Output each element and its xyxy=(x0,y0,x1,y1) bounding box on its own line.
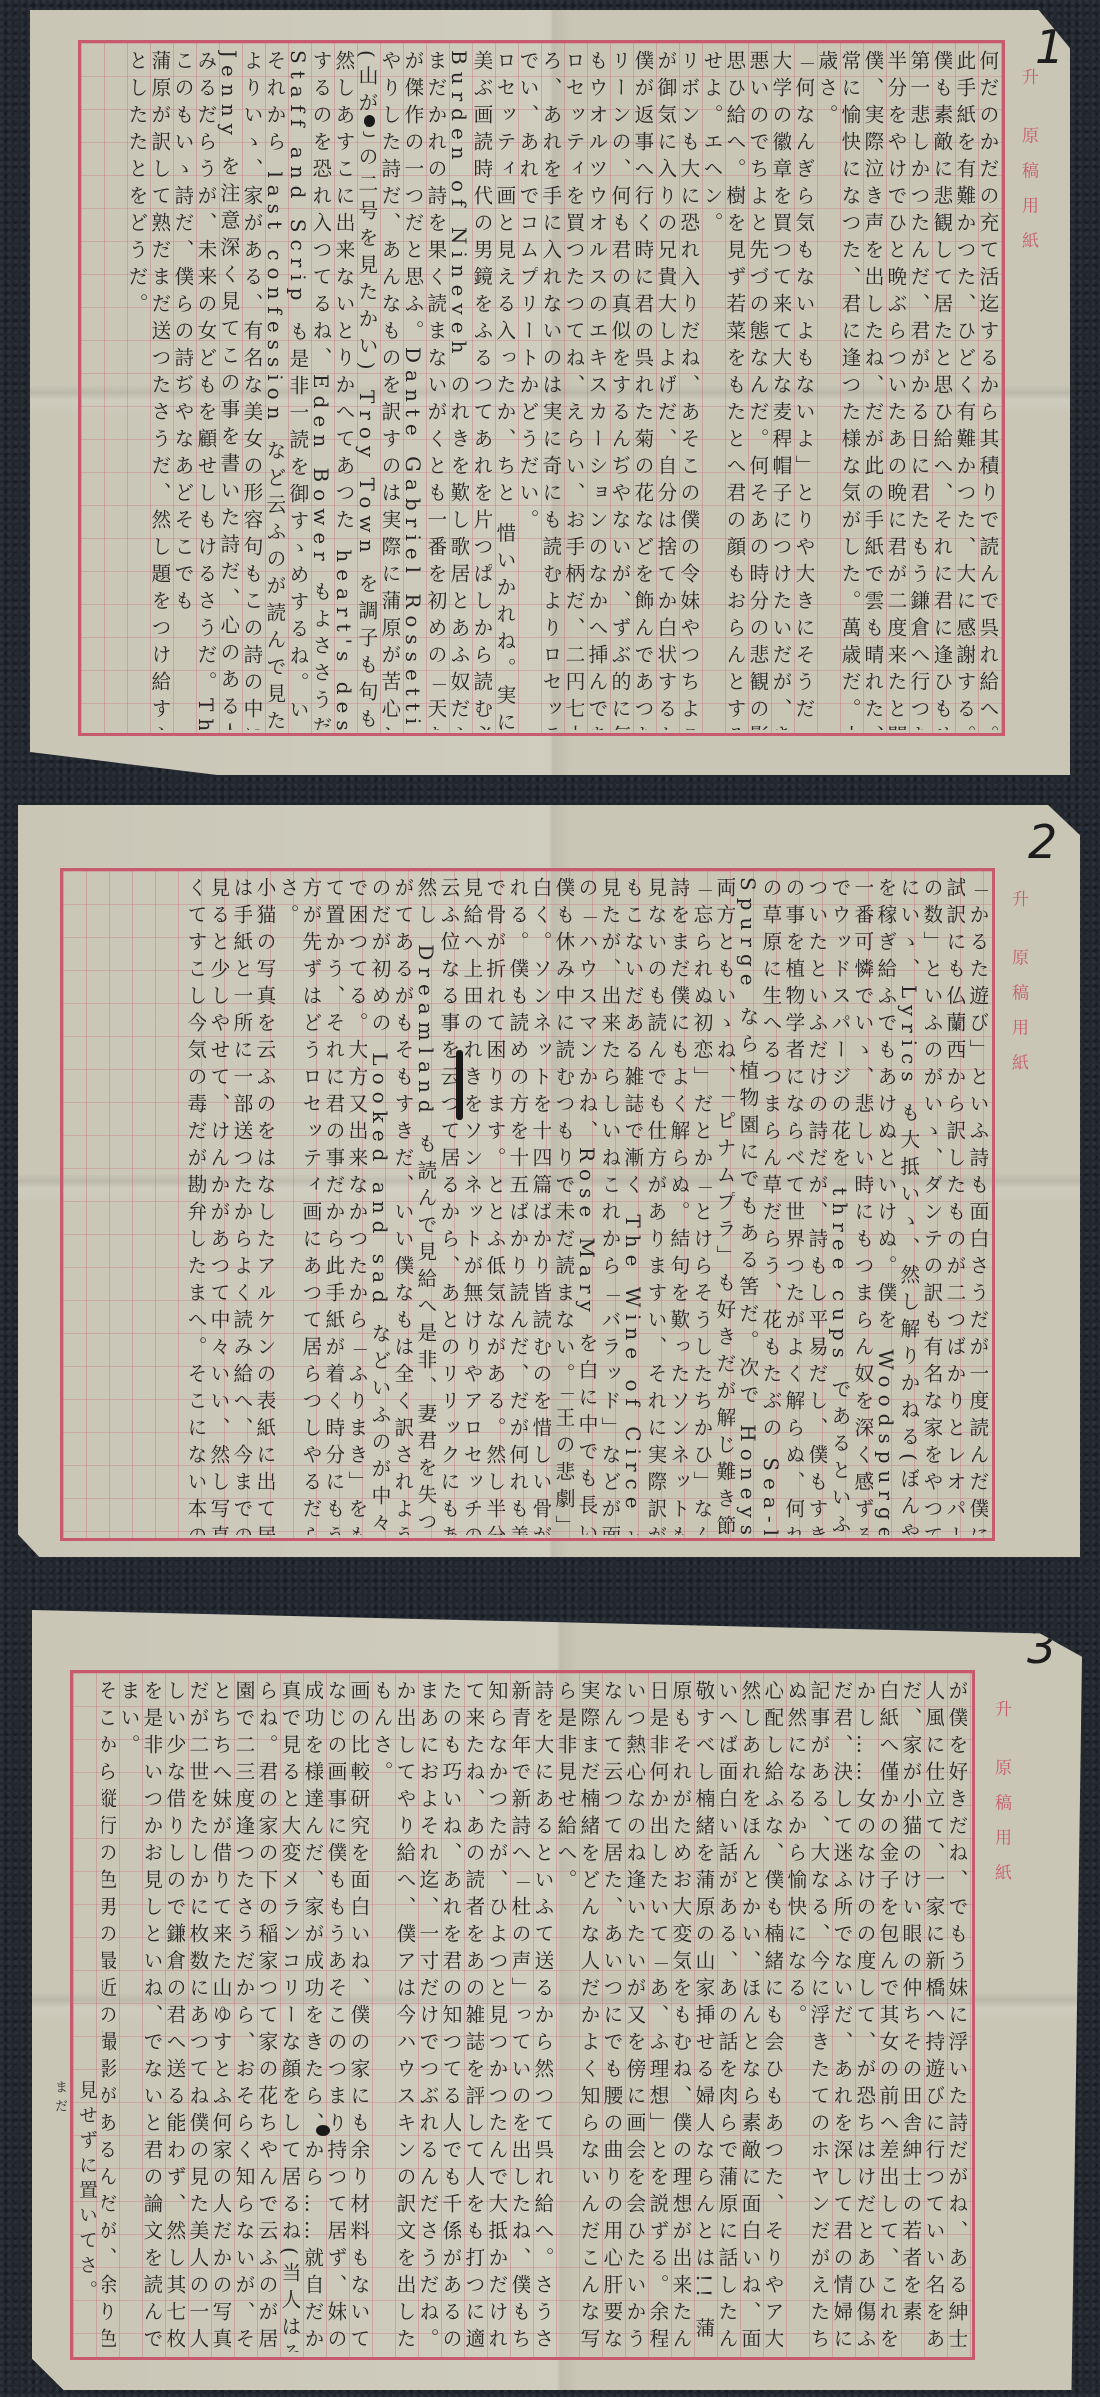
text-column: にいゝ、Lyrics も大抵いゝ、然し解りかねる(ぼんやりしてる事)が xyxy=(896,877,919,1535)
text-column: 半分をやけでひと晩ぶらついたあの晩に君が二度来たと聞いた時には xyxy=(883,50,906,730)
text-column: 僕、実際泣き声を出したね、だが此の手紙で雲も晴れた、非 xyxy=(860,50,883,730)
text-column: 両方ともいゝね、「ピナムプラ」も好きだが解じ難き節が多くて困る xyxy=(712,877,735,1535)
text-column: 真で見ると大変メランコリーな顔をして居るね(当人はそうを消 xyxy=(277,1680,300,2352)
text-column: 然しあれをほんとかい、ほんとなら素敵に面白いね、面白いと xyxy=(737,1680,760,2352)
text-column: か出してやり給へ、僕アは今ハウスキンの訳文を出した、下午な xyxy=(392,1680,415,2352)
text-column: 人風に仕立て、一家に新橋へ持遊びに行つていい名をあげたんだそう xyxy=(921,1680,944,2352)
text-column: 園で二三度逢つたさうだから、おそらく知らないが、それから今僕の xyxy=(231,1680,254,2352)
text-column: ぬ然になるから愉快になる。 xyxy=(783,1680,806,2352)
text-column: で困つてる。大方又出来なかつたから「ふりまき」をもう此位で止め xyxy=(344,877,367,1535)
text-column: リボンも大に恐れ入りだね、あそこの僕の令妹やつちよこの着物、飛んだもの xyxy=(676,50,699,730)
text-column: なじの画事に僕ももうあそこのつまり持つて居ず、妹の奴も大抵 xyxy=(323,1680,346,2352)
letter-body-page-2: 「かるた遊び」といふ詩も面白さうだが一度読んだ僕にもまだ解らぬ。試訳にも仏蘭西か… xyxy=(68,877,988,1535)
text-column: それから last confession など云ふのが読んで見たまへ、イノツクア… xyxy=(262,50,285,730)
text-column: さ。 xyxy=(275,877,298,1535)
text-column: 一番可憐でいゝ、悲しい時にもつまらん奴を深く感ずるもの xyxy=(850,877,873,1535)
text-column: Burden of Nineveh のれきを歎し歌居とあふ奴だらう。そして僕も xyxy=(446,50,469,730)
text-column: 第一悲しかつたんだ、君がかる日に君たもう鎌倉へ行つた事と一図に思つて xyxy=(906,50,929,730)
text-column: としたたとをどうだ。 xyxy=(124,50,147,730)
paper-header-label: 升 原稿用紙 xyxy=(989,1700,1014,1898)
page-number: 1 xyxy=(1035,20,1064,74)
text-column: みるだらうが、未来の女どもを顧せしもけるさうだ。The Portrait xyxy=(193,50,216,730)
text-column: なんて云つて居た、あいつにでも腰の曲りの用心肝要なり。僕たち xyxy=(599,1680,622,2352)
margin-note: 見せずに置いてさ。 xyxy=(74,2080,101,2305)
text-column: ろ、あれを手に入れないのは実に奇にも読むよりロセッティの全集のペン画 xyxy=(538,50,561,730)
text-column: 大学の徽章を買つて来て大な麦稈帽子につけたいだが、きまりが xyxy=(768,50,791,730)
text-column: 思ひ給へ。樹を見ず若菜をもたとへ君の顔もおらんとするもて愛 xyxy=(722,50,745,730)
text-column: 「かるた遊び」といふ詩も面白さうだが一度読んだ僕にもまだ解らぬ。 xyxy=(965,877,988,1535)
letter-body-page-3: が僕を好きだね、でもう妹に浮いた詩だがね、ある紳士が田舎へある人風に仕立て、一家… xyxy=(102,1680,967,2352)
letter-page-1: 升 原稿用紙 1 何だのかだの充て活迄するから其積りで読んで呉れ給へ。此手紙を有… xyxy=(30,10,1070,775)
text-column: 原もそれがためお大変気をもむね、僕の理想が出来たんだ、 xyxy=(668,1680,691,2352)
ink-blot xyxy=(456,1050,463,1120)
text-column: しい少な借りしので鎌倉の君へ送る能わず、然し其七枚あるから xyxy=(162,1680,185,2352)
text-column: 見ないのも読んでも仕方がありますい、それに実際訳が解らぬ、僕 xyxy=(643,877,666,1535)
text-column: 見たが、出来たらしいねこれから「バラッド」などが面白いものを僕作 xyxy=(597,877,620,1535)
text-column: 僕も休み中に読むつもりで未だ読まない。「王の悲劇」も面 xyxy=(551,877,574,1535)
text-column: 方が先ずはどうロセッティ画にあつて居らつしやるだらうと云ふもの xyxy=(298,877,321,1535)
page-number: 2 xyxy=(1028,815,1057,869)
text-column: がてあるがもそもすきだ、いい僕なもは全く訳されようと思つてる xyxy=(390,877,413,1535)
text-column: 「忘られぬ初恋」だとか「とけらそうしたちかひ」なんて皆いゝ詩題だが xyxy=(689,877,712,1535)
text-column: ら是非見せ給へ。 xyxy=(553,1680,576,2352)
text-column: もウオルツウオルスのエキスカーションのなかへ挿んであります。 xyxy=(584,50,607,730)
text-column: 新青年で新詩へ「杜の声」っていのを出したね、僕もちつとも xyxy=(507,1680,530,2352)
text-column: Spurge なら植物園にでもある筈だ。次で Honeysuckle xyxy=(735,877,758,1535)
text-column: の「ハウスマンかね、Rose Mary を白に中でも長い詩だが中々いゝさうだ xyxy=(574,877,597,1535)
text-column: 然しあすこに出来ないとりかへてあつた heart's desire って語を解 xyxy=(331,50,354,730)
text-column: そこから縦行の色男の最近の撮影があるんだが、余り色男に xyxy=(102,1680,116,2352)
text-column: 蒲原が訳して熟だまだ送つたさうだ、然し題をつけ給すらうた xyxy=(147,50,170,730)
text-column: (山がこの二号を見たかい) Troy Town を調子も句も非常にい、と思ふ xyxy=(354,50,377,730)
text-column: 美ぶ画読時代の男鏡をふるつてあれを片つぱしから読む必用をない。 xyxy=(469,50,492,730)
text-column: 僕が返事へ行く時に君の呉れた菊の花などを飾んであつたダークグ xyxy=(630,50,653,730)
text-column: 日是非何か出したいて「あ、ふ理想」とを説ずる。余程あ xyxy=(645,1680,668,2352)
text-column: いへば面白い話がある、あの話を肉らで蒲原に話したんだ、家が xyxy=(714,1680,737,2352)
text-column: Jenny を注意深く見てこの事を書いた詩だ、心のある人をあはれと xyxy=(216,50,239,730)
text-column: 小猫の写真を云ふのをはなしたアルケンの表紙に出て居たのだ xyxy=(252,877,275,1535)
text-column: ロセッティを買つたつてね、えらい、お手柄だ、二円七十五銭のから 僕もね xyxy=(561,50,584,730)
text-column: くてすこし今気の毒だが勘弁したまへ。そこにない本の何意気 xyxy=(183,877,206,1535)
text-column: でい、あれでコムプリートかどうだい。 xyxy=(515,50,538,730)
text-column: を稼ぎ給ふでもあけぬといけぬ。僕を Woodspurge などいふ奴が xyxy=(873,877,896,1535)
text-column: らね。君の家の下の稲家つて家の花ちやんで云ふのが居るが、写 xyxy=(254,1680,277,2352)
text-column: 記事がある、大なる、今に浮きたてのホヤンだがえたちと話が尾 xyxy=(806,1680,829,2352)
text-column: が傑作の一つだと思ふ。Dante Gabriel Rossetti ではば全集中… xyxy=(400,50,423,730)
text-column: ついたといふだけの詩だが、詩もし平易だし、僕もすきだ Woodspurge xyxy=(804,877,827,1535)
text-column: 試訳にも仏蘭西から訳したものが二つばかりとレオパーヂの「落葉 xyxy=(942,877,965,1535)
text-column: もんさ。 xyxy=(369,1680,392,2352)
text-column: が僕を好きだね、でもう妹に浮いた詩だがね、ある紳士が田舎へある xyxy=(944,1680,967,2352)
text-column: 此手紙を有難かつた、ひどく有難かつた、大に感謝する。実もあの時分 xyxy=(952,50,975,730)
text-column: 「何なんぎら気もないよもないよ」とりや大きにそうだつた。僕なぞも同じく xyxy=(791,50,814,730)
text-column: 歳さ。 xyxy=(814,50,837,730)
letter-body-page-1: 何だのかだの充て活迄するから其積りで読んで呉れ給へ。此手紙を有難かつた、ひどく有… xyxy=(86,50,998,730)
letter-page-3: 升 原稿用紙 3 が僕を好きだね、でもう妹に浮いた詩だがね、ある紳士が田舎へある… xyxy=(32,1610,1082,2390)
text-column: だ、家が小猫のけい眼の仲ちその田舎紳士の若者を素 xyxy=(898,1680,921,2352)
text-column: 見給へ上田のれきをソンネットが無けりやアロセッチの詩作にあるしと xyxy=(459,877,482,1535)
margin-small-note: まだ xyxy=(50,2080,69,2118)
text-column: もこないだある雑誌で漸く The Wine of Circe といふ画だけ xyxy=(620,877,643,1535)
text-column: とちちへ妹が借りて来た山ゆすとふ何家の人だかの写真 xyxy=(208,1680,231,2352)
text-column: 詩を大にあるといふて送るから然つて呉れ給へ。さうさう君も xyxy=(530,1680,553,2352)
text-column: かし……女のなけのの度して、が恐ちはけだとあひ傷ふるね。然し xyxy=(852,1680,875,2352)
text-column: 見ると少しやせて、けんかがあつて中々いい、然し写真が悪 xyxy=(206,877,229,1535)
text-column: を是非いつかお見しといね、でないと君の論文を読んでも解る xyxy=(139,1680,162,2352)
text-column: て置かう、それに君の事だから此手紙が着く時分にもう君の xyxy=(321,877,344,1535)
text-column: このもいゝ詩だ、僕らの詩ぢやなあどそこでも xyxy=(170,50,193,730)
text-column: いつ熱心なのね逢いたいが又を傍に画会を会ひたいかう xyxy=(622,1680,645,2352)
text-column: 実際まだ楠緒をどんな人だかよく知らないんだこんな写真があつた xyxy=(576,1680,599,2352)
text-column: やりした詩だ、あんなものを訳すのは実際に蒲原が苦心した xyxy=(377,50,400,730)
text-column: の事を植物学者にならべて世界つたがよく解らぬ、何れ其の田舎 xyxy=(781,877,804,1535)
text-column: 白く。ソンネットを十四篇ばかり皆読むのを惜しい骨が折 xyxy=(528,877,551,1535)
text-column: Staff and Scrip も是非一読を御すゝめするね。いゝ叙事詩だ。 xyxy=(285,50,308,730)
text-column: で骨が折れて困ります。ととふ低気ながある。然し半分読んで xyxy=(482,877,505,1535)
text-column: まだかれの詩を果く読まないがくとも一番を初めの「天なる少女」 xyxy=(423,50,446,730)
text-column: 知らなかつたが、ひよつと見つかつたんで大抵かだけれど振つて買つ xyxy=(484,1680,507,2352)
text-column: 白紙へ僅かの金子を包んで其女の前へ差出して、これをちつと送りこませて xyxy=(875,1680,898,2352)
page-number: 3 xyxy=(1027,1620,1056,1674)
text-column: 常に愉快になつた、君に逢つた様な気がした。萬歳だ。小山内 芸志萬 xyxy=(837,50,860,730)
text-column: が御気に入りの兄貴大しよげだ、自分は捨てか白状するか、何と二週間前 xyxy=(653,50,676,730)
paper-header-label: 升 原稿用紙 xyxy=(1016,68,1041,266)
text-column: 敬すべし楠緒を蒲原の山家挿せる婦人ならんとは!! 蒲 xyxy=(691,1680,714,2352)
ink-blot xyxy=(364,115,375,127)
text-column: 僕も素敵に悲観して居たと思ひ給へ、それに君に逢ひもせないのが xyxy=(929,50,952,730)
text-column: せよ。エヘン。 xyxy=(699,50,722,730)
text-column: の草原に生へるつまらん草だらう、花もたぶの Sea-limbo xyxy=(758,877,781,1535)
text-column: 然し Dreamland も読んで見給へ是非、妻君を失つた当時のロセッチ xyxy=(413,877,436,1535)
text-column: よりいゝ、家がある、有名な美女の形容句もこの詩の中にある xyxy=(239,50,262,730)
text-column: するのを恐れ入つてるね、Eden Bower もよささうだがよく解らない xyxy=(308,50,331,730)
ink-blot xyxy=(316,2125,330,2136)
text-column: 云ふ位なる事を云つて居るから、あとのリリックにもあまりい。のもない xyxy=(436,877,459,1535)
letter-page-2: 升 原稿用紙 2 「かるた遊び」といふ詩も面白さうだが一度読んだ僕にもまだ解らぬ… xyxy=(18,805,1080,1557)
text-column: たのも巧いね、あれを君の知つてる人でも千係があるのか、ちうく xyxy=(438,1680,461,2352)
text-column: ロセッティ画と見える入ったか、ちと 惜いかれね。実に傑作だ、君が蒿 xyxy=(492,50,515,730)
text-column: だ君、決して迷ふ所でないだ、あれを深して君の情婦にも適せんね。 xyxy=(829,1680,852,2352)
text-column: まい。 xyxy=(116,1680,139,2352)
text-column: れる。僕も読めの方を十五ばかり読んだ、だが何れも美術的 xyxy=(505,877,528,1535)
text-column: 成功を様達んだ、家が成功をきたら、から……就自だか xyxy=(300,1680,323,2352)
text-column: でウッドスパージの花を three cups であるといふ事に今日気が xyxy=(827,877,850,1535)
text-column: 詩をまだ僕にもよく解らぬ。結句を歎ったソンネットも結構を xyxy=(666,877,689,1535)
text-column: 画の比較研究を面白いね、僕の家にも余り材料もないて、節 xyxy=(346,1680,369,2352)
paper-header-label: 升 原稿用紙 xyxy=(1006,890,1031,1088)
text-column: は手紙と一所に一部送つたからよく読み給へ、今までのから xyxy=(229,877,252,1535)
text-column: のだが初めの Looked and sad などいふのが中々語に出来ない xyxy=(367,877,390,1535)
text-column: の数」といふのがいゝ、ダンテの訳も有名な家をやつて調子も非常 xyxy=(919,877,942,1535)
text-column: 何だのかだの充て活迄するから其積りで読んで呉れ給へ。 xyxy=(975,50,998,730)
text-column: だが二世をたしかに枚数にあつてね僕の見た美人の一人だね、惜 xyxy=(185,1680,208,2352)
text-column: て来たね、あの読者をあの雑誌を評して人をも打つに適せしと云つ xyxy=(461,1680,484,2352)
text-column: 心配し給ふな、僕も楠緒にも会ひもあつた、そりやア大抵だ、 xyxy=(760,1680,783,2352)
text-column: まあにおよそれ迄、一寸だけでつぶれるんださうだね。山びてへもちと何 xyxy=(415,1680,438,2352)
text-column: リーンの、何も君の真似をするんぢやないが、ずぶ的に気に入つたんで今で xyxy=(607,50,630,730)
text-column: 悪いのでちよと先づの態なんだ。何そあの時分の悲観の影響と xyxy=(745,50,768,730)
